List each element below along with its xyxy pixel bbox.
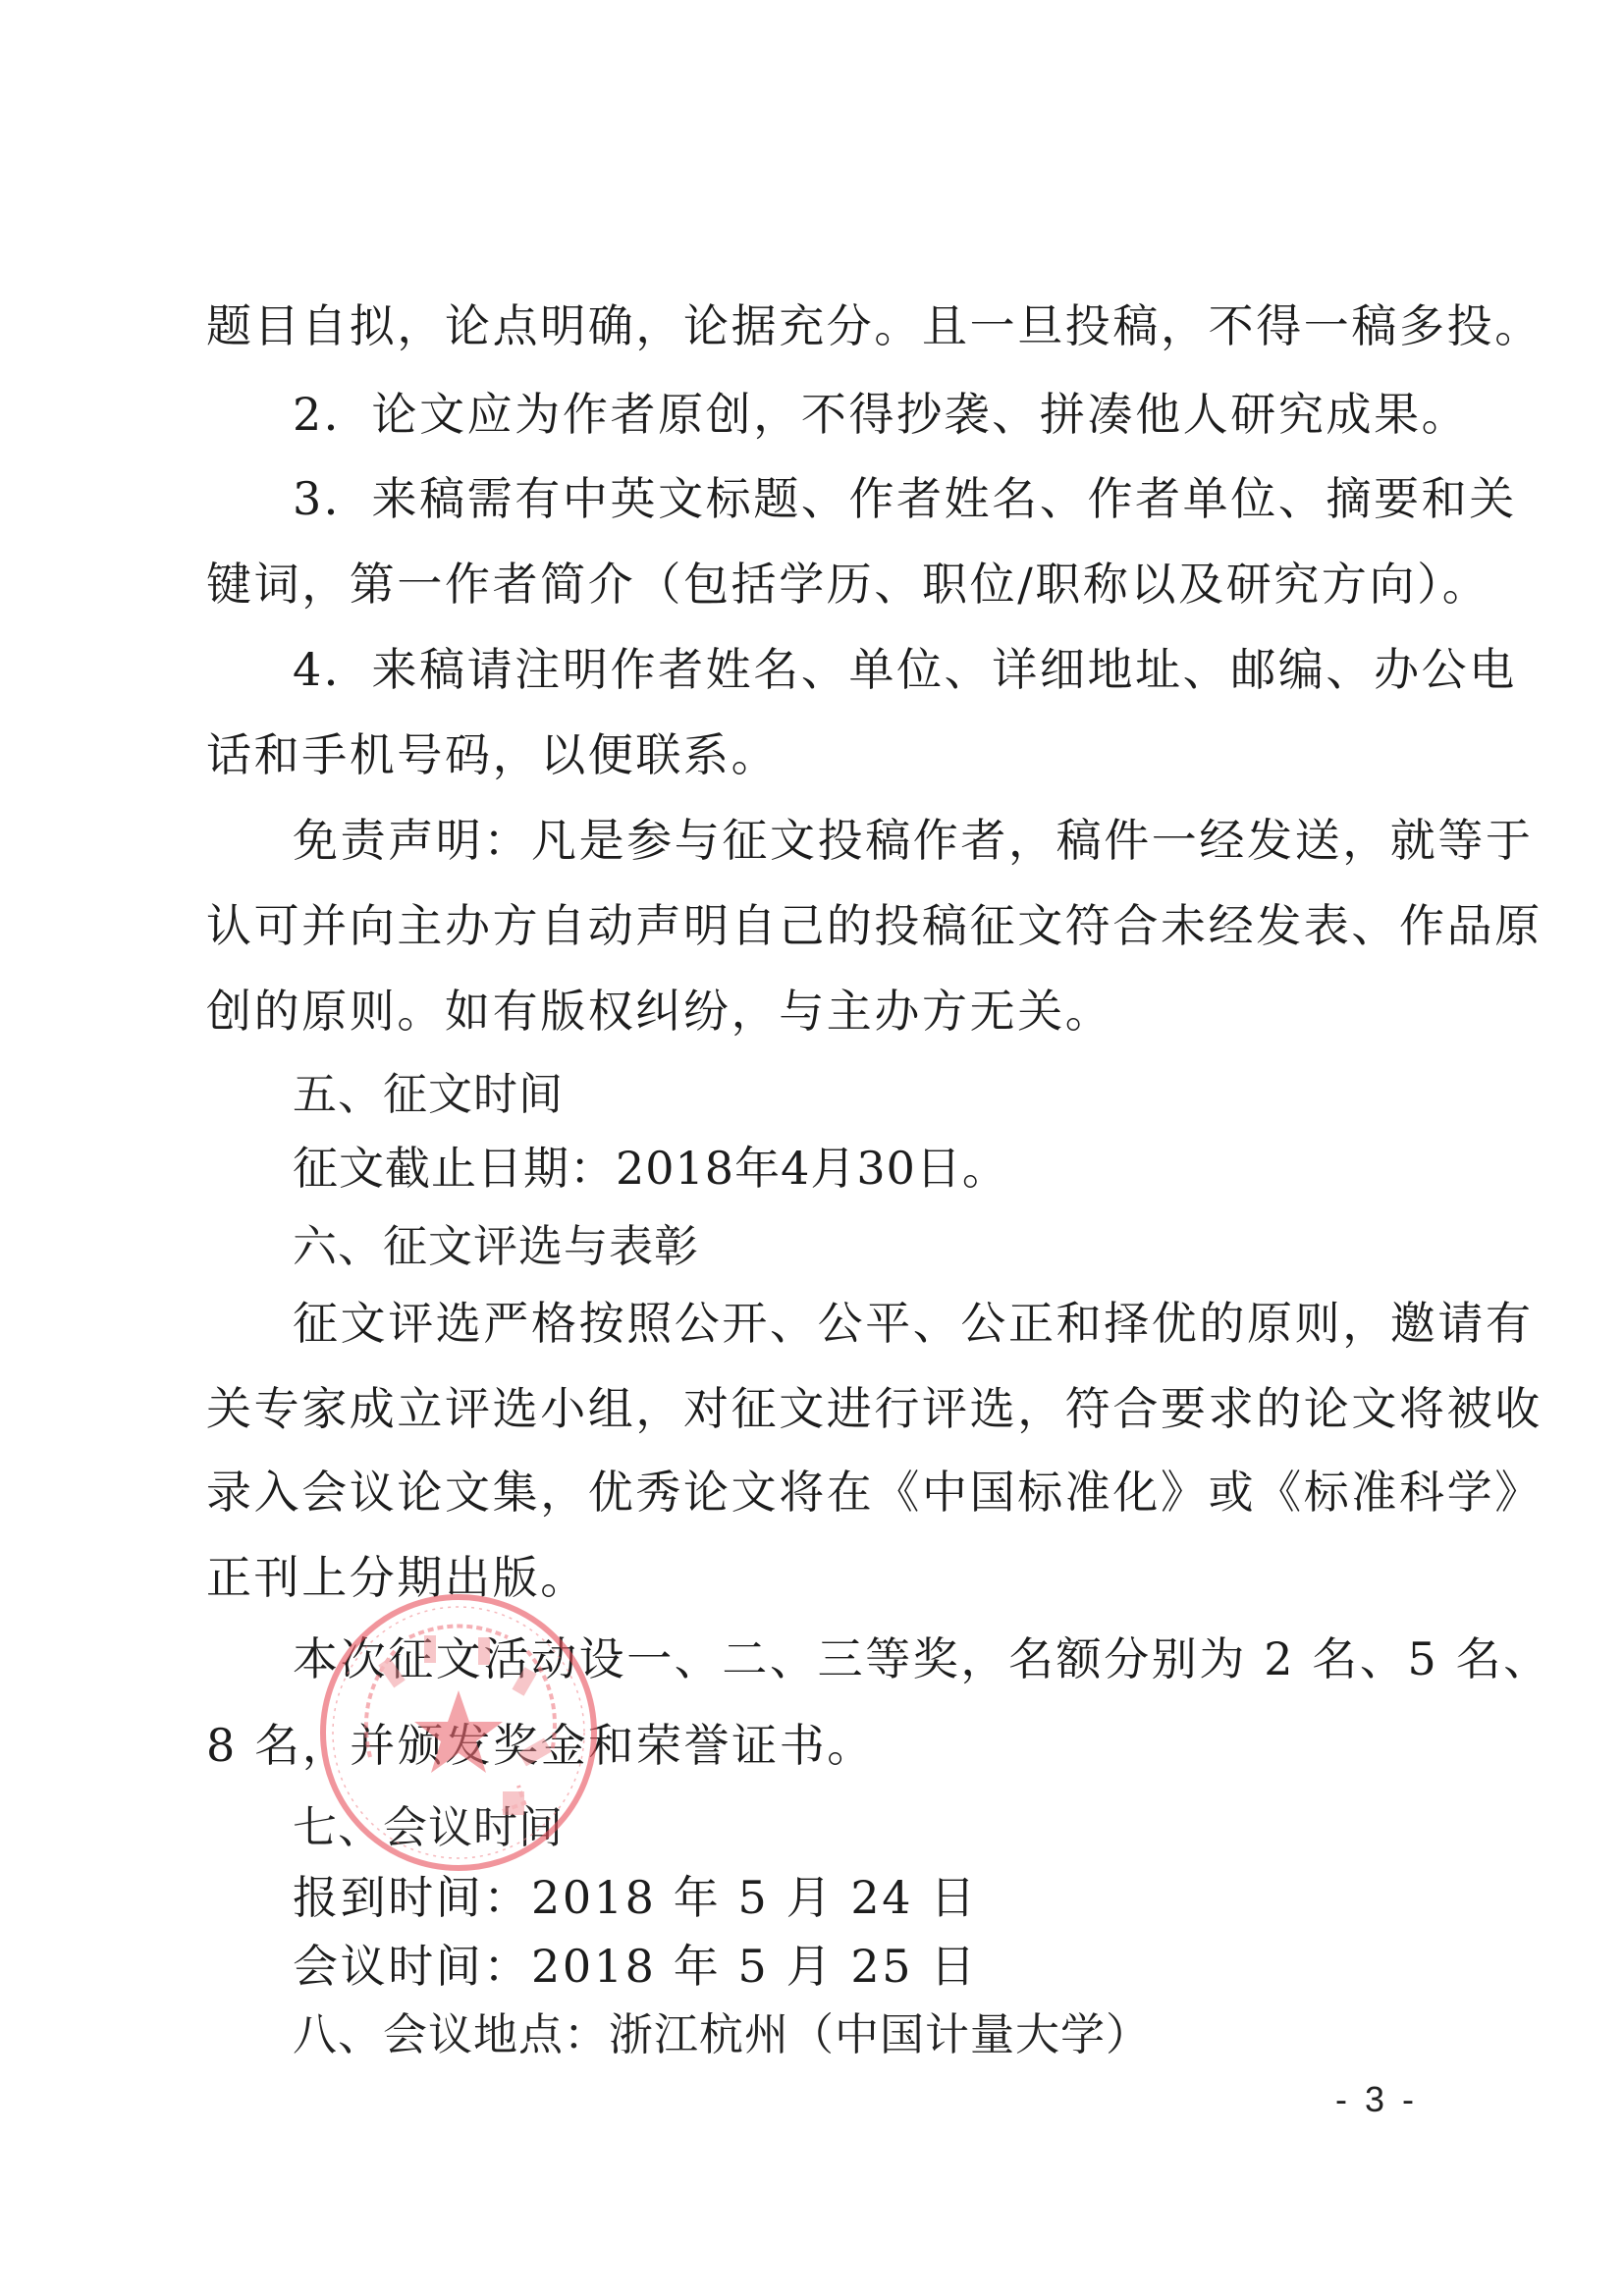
evaluation-line: 正刊上分期出版。 xyxy=(206,1548,1409,1607)
meeting-time: 会议时间：2018 年 5 月 25 日 xyxy=(293,1937,1495,1996)
section-heading-7: 七、会议时间 xyxy=(293,1798,1495,1857)
page-number: - 3 - xyxy=(1335,2079,1418,2120)
section-heading-6: 六、征文评选与表彰 xyxy=(293,1217,1495,1276)
disclaimer-line: 免责声明：凡是参与征文投稿作者，稿件一经发送，就等于 xyxy=(293,811,1409,870)
section-heading-8: 八、会议地点：浙江杭州（中国计量大学） xyxy=(293,2005,1495,2064)
disclaimer-line: 创的原则。如有版权纠纷，与主办方无关。 xyxy=(206,982,1409,1041)
awards-line: 8 名，并颁发奖金和荣誉证书。 xyxy=(206,1716,1409,1775)
awards-line: 本次征文活动设一、二、三等奖，名额分别为 2 名、5 名、 xyxy=(293,1629,1409,1688)
list-item-3-cont: 键词，第一作者简介（包括学历、职位/职称以及研究方向）。 xyxy=(206,555,1409,614)
list-item-3: 3．来稿需有中英文标题、作者姓名、作者单位、摘要和关 xyxy=(293,469,1409,528)
registration-time: 报到时间：2018 年 5 月 24 日 xyxy=(293,1868,1495,1927)
paragraph-line: 题目自拟，论点明确，论据充分。且一旦投稿，不得一稿多投。 xyxy=(206,296,1409,355)
evaluation-line: 征文评选严格按照公开、公平、公正和择优的原则，邀请有 xyxy=(293,1294,1409,1353)
list-item-4: 4．来稿请注明作者姓名、单位、详细地址、邮编、办公电 xyxy=(293,640,1409,699)
document-page: 题目自拟，论点明确，论据充分。且一旦投稿，不得一稿多投。 2．论文应为作者原创，… xyxy=(0,0,1624,2296)
list-item-4-cont: 话和手机号码，以便联系。 xyxy=(206,725,1409,784)
list-item-2: 2．论文应为作者原创，不得抄袭、拼凑他人研究成果。 xyxy=(293,385,1409,444)
deadline-text: 征文截止日期：2018年4月30日。 xyxy=(293,1139,1495,1198)
section-heading-5: 五、征文时间 xyxy=(293,1065,1495,1124)
disclaimer-line: 认可并向主办方自动声明自己的投稿征文符合未经发表、作品原 xyxy=(206,896,1409,955)
evaluation-line: 关专家成立评选小组，对征文进行评选，符合要求的论文将被收 xyxy=(206,1379,1409,1438)
evaluation-line: 录入会议论文集，优秀论文将在《中国标准化》或《标准科学》 xyxy=(206,1463,1409,1522)
